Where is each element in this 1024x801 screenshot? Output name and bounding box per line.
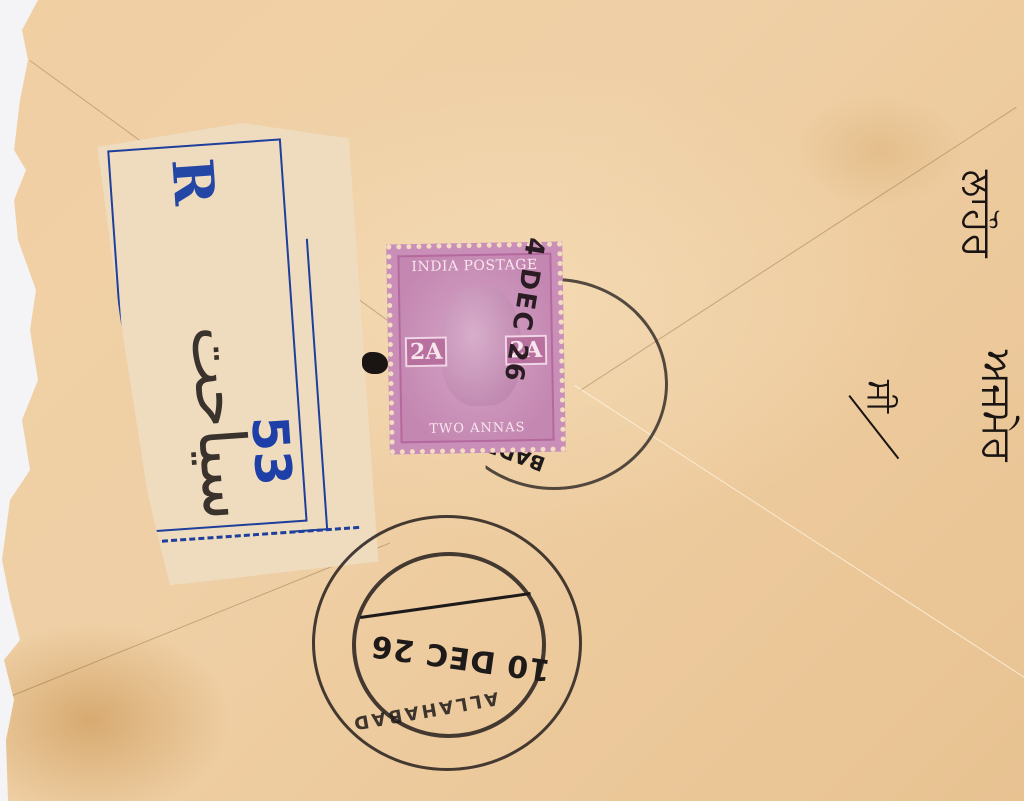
label-handwriting: سیاحت: [176, 323, 263, 523]
ink-blot: [362, 352, 388, 374]
address-handwriting-line-2: ਅਜਮੇਰ: [974, 350, 1020, 462]
stamp-bottom-text: TWO ANNAS: [402, 420, 552, 438]
address-handwriting-line-1: ਲਾਹੌਰ: [954, 170, 1000, 258]
stamp-value-left: 2A: [405, 337, 448, 368]
stamp-frame: INDIA POSTAGE 2A 2A TWO ANNAS 4 DEC 26: [397, 253, 554, 444]
envelope: R 53 سیاحت BADER INDIA POSTAGE 2A 2A TWO…: [0, 0, 1024, 801]
postage-stamp: INDIA POSTAGE 2A 2A TWO ANNAS 4 DEC 26: [386, 241, 566, 454]
registration-letter: R: [158, 156, 227, 207]
address-handwriting-middle: ਸੀ: [860, 380, 900, 413]
